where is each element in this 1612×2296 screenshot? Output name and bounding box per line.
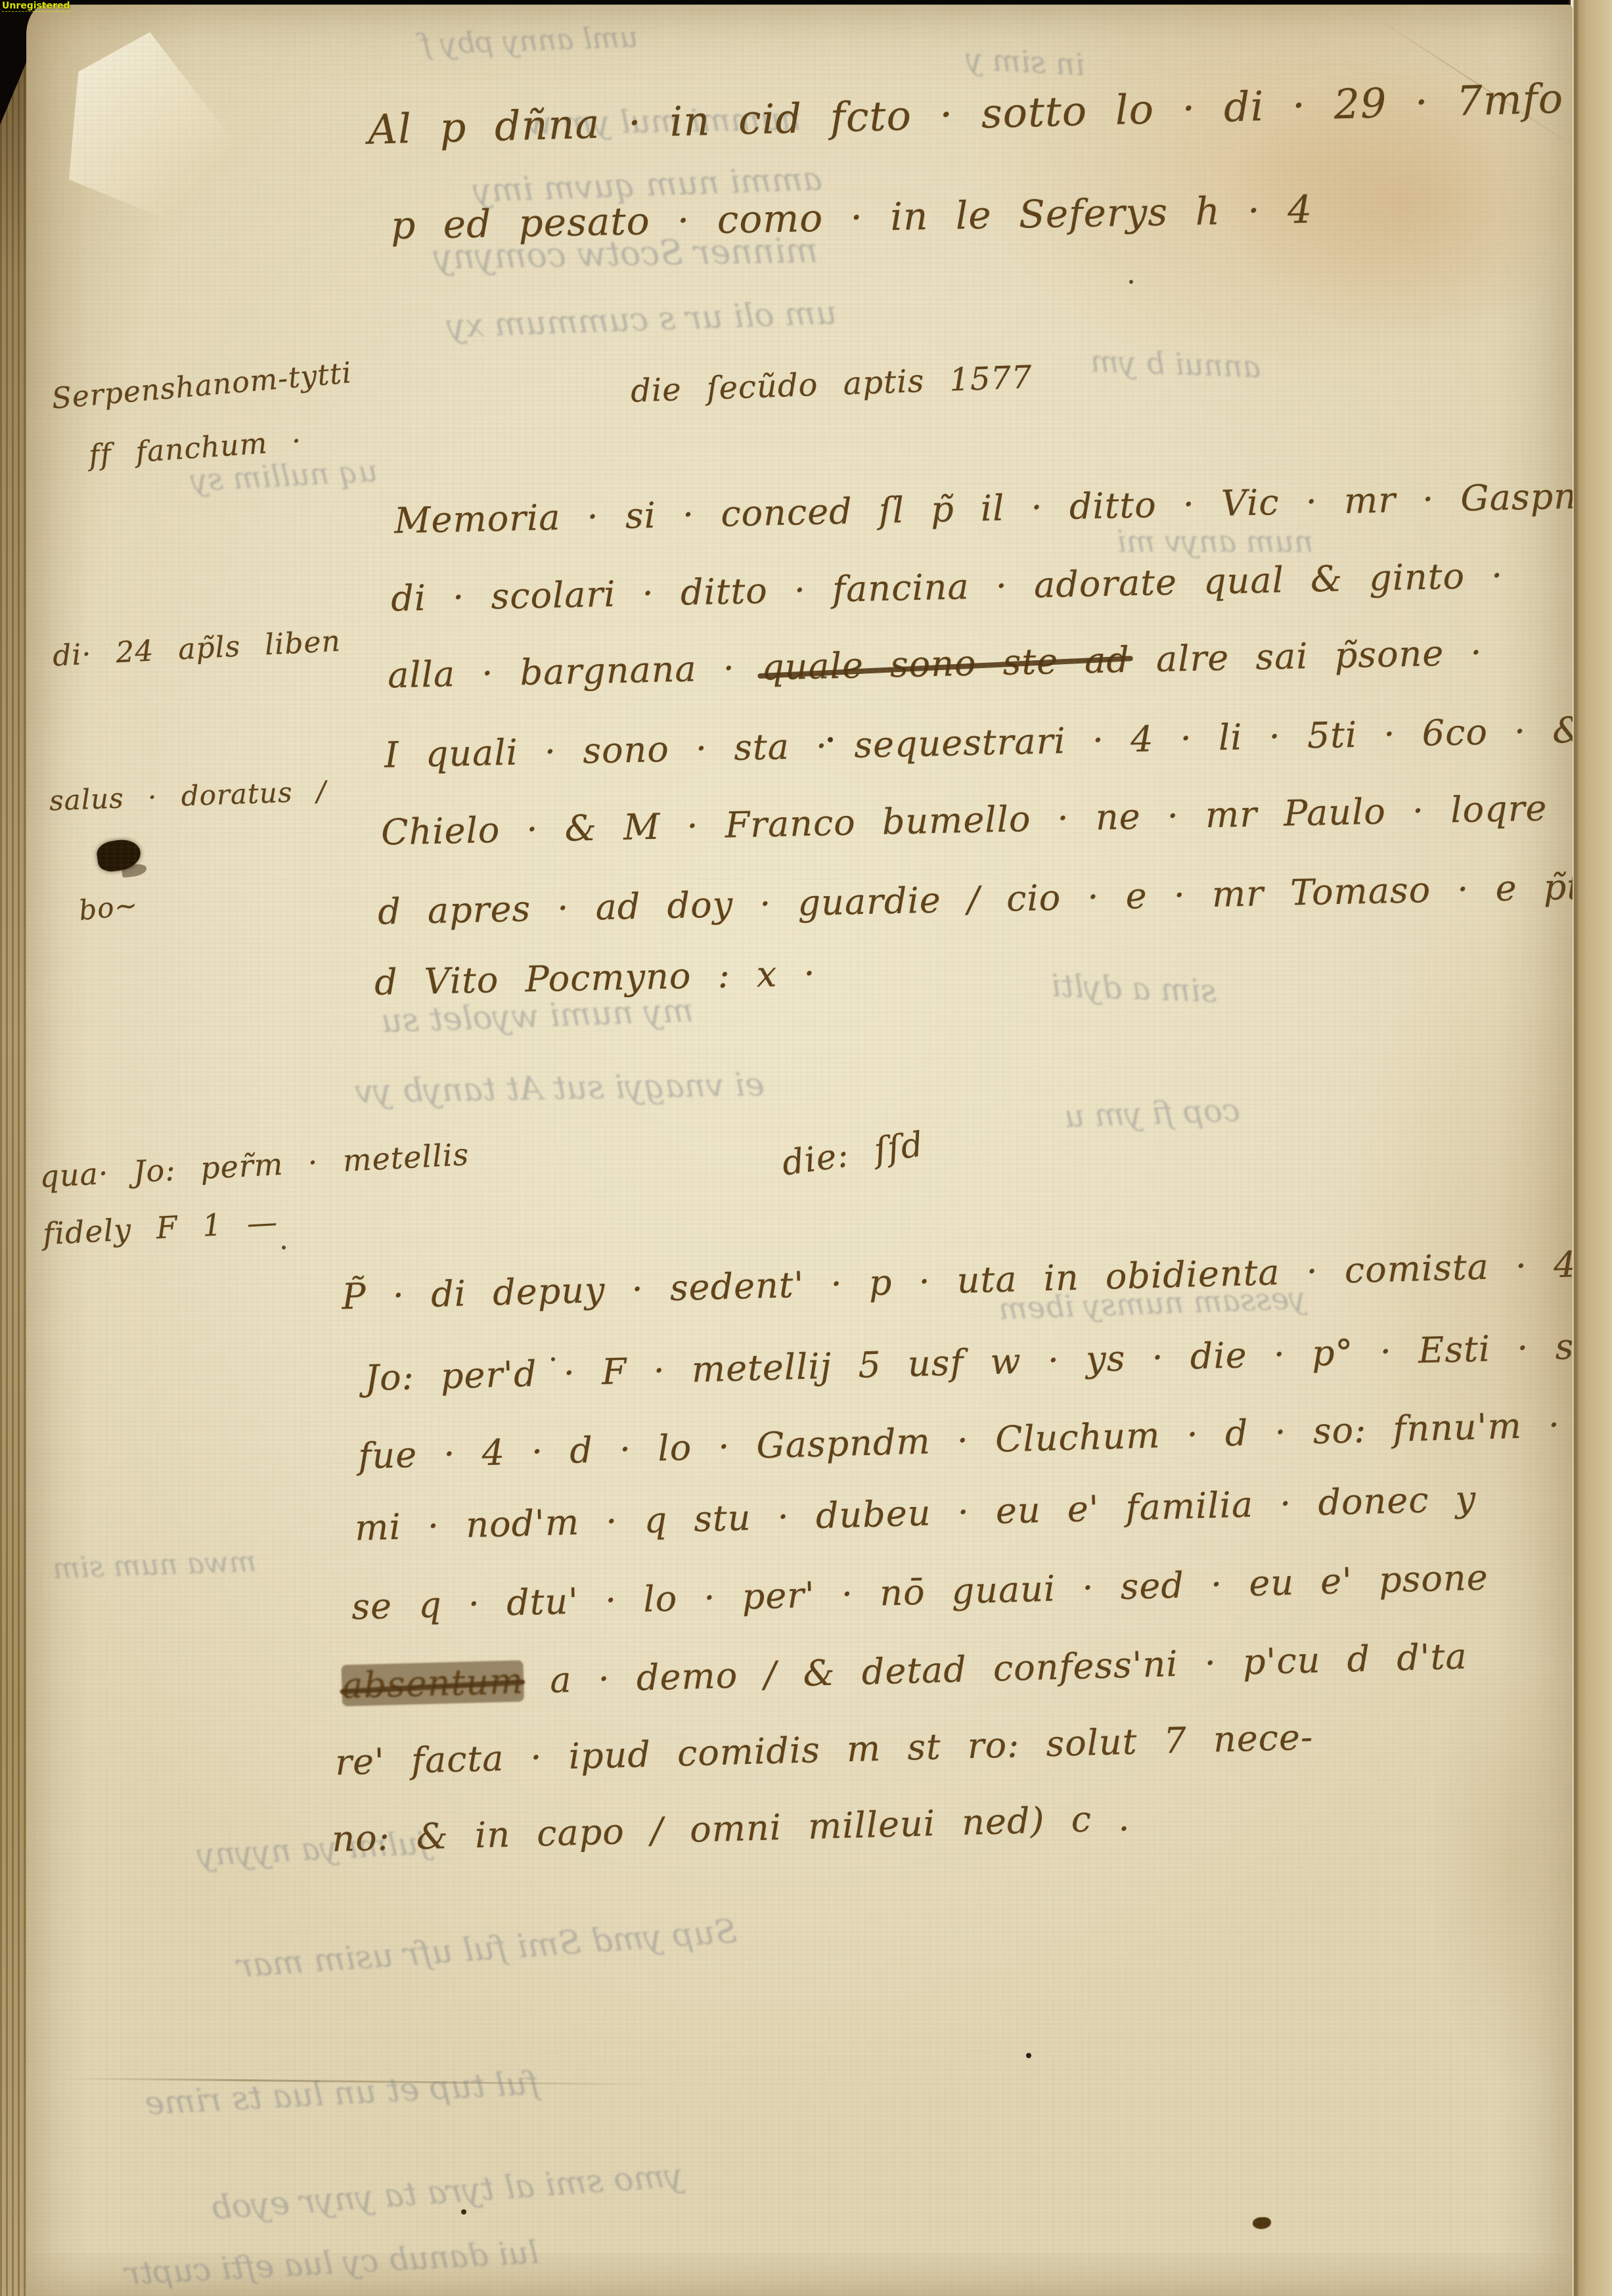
entry2-line: P̃ · di depuy · sedent' · p · uta in obi… (342, 1243, 1573, 1318)
entry1-line3-struck: quale sono ste ad (761, 639, 1130, 688)
ghost-line: lui danub cy lua efti cuptr (124, 2234, 539, 2293)
entry1-line3-pre: alla · bargnana · (388, 647, 762, 696)
entry2-line6-struck: absentum (341, 1660, 524, 1706)
ink-blot (95, 838, 143, 874)
manuscript-page: uml anny pby f in sim y nummi mul ym w a… (26, 5, 1573, 2296)
margin-note: qua· Jo: per̃m · metellis (39, 1137, 470, 1194)
dateline-entry-1: die ſecũdo aptis 1577 (630, 359, 1033, 409)
ghost-line: uml anny pby f (420, 20, 638, 62)
ghost-line: cop fi ym u (1063, 1092, 1241, 1135)
margin-note: di· 24 ap̃ls liben (52, 625, 342, 673)
entry2-line: no: & in capo / omni milleui ned) c . (331, 1797, 1131, 1860)
entry2-line: re' facta · ipud comidis m st ro: solut … (334, 1717, 1313, 1784)
margin-scribble: bo~ (78, 888, 140, 926)
ghost-line: in sim y (965, 41, 1086, 82)
entry2-line: absentum a · demo / & detad confess'ni ·… (341, 1636, 1467, 1707)
entry2-line: Jo: per'd · F · metellij 5 usf w · ys · … (365, 1319, 1573, 1399)
manuscript-scan: uml anny pby f in sim y nummi mul ym w a… (0, 0, 1612, 2296)
ghost-line: Sup ymd Smi ful ufr usim mar (236, 1912, 738, 1985)
page-fold-topleft (64, 30, 236, 221)
paper-stain (1425, 1634, 1573, 2094)
margin-note: salus · doratus / (49, 775, 326, 817)
ghost-line: ei vnagyi sut At tanyb yv (355, 1066, 765, 1111)
entry1-line3-post: alre sai p̃sone · (1129, 632, 1483, 681)
ghost-line: sim a dylti (1050, 968, 1217, 1010)
ink-spot (1253, 2217, 1271, 2229)
entry1-line: I quali · sono · sta · sequestrari · 4 ·… (384, 707, 1573, 776)
ghost-line: num anyv mi (1117, 524, 1313, 559)
entry2-line: se q · dtu' · lo · per' · nō guaui · sed… (351, 1556, 1489, 1627)
entry1-line: Chielo · & M · Franco bumello · ne · mr … (381, 787, 1548, 853)
ghost-line: ful tup et un lua ts rime (144, 2063, 540, 2122)
margin-note: fidely F 1 — (42, 1204, 279, 1252)
entry1-line: Memoria · si · conced ſl p̃ il · ditto ·… (394, 475, 1573, 541)
entry2-line: fue · 4 · d · lo · Gaspndm · Cluchum · d… (358, 1399, 1573, 1477)
entry2-line6-post: a · demo / & detad confess'ni · p'cu d d… (523, 1636, 1467, 1702)
margin-note: Serpenshanom-tytti (51, 356, 353, 416)
unregistered-watermark: Unregistered (2, 1, 70, 12)
ghost-line: annui b ym (1090, 343, 1261, 384)
entry1-line: di · scolari · ditto · fancina · adorate… (391, 554, 1504, 619)
entry2-line: mi · nod'm · q stu · dubeu · eu e' famil… (354, 1478, 1476, 1549)
dateline-entry-2: die: ſſd (780, 1125, 926, 1184)
ghost-line: ymo smi al tyra ta ynyr eyob (210, 2156, 684, 2227)
ghost-line: mwa num sim (52, 1545, 257, 1586)
entry1-line: d apres · ad doy · guardie / cio · e · m… (378, 865, 1573, 932)
entry1-line: alla · bargnana · quale sono ste ad alre… (388, 632, 1483, 696)
page-stack-edge (1569, 0, 1612, 2296)
ghost-line: um oli ur s cummum xy (446, 294, 838, 346)
entry1-line: d Vito Pocmyno : x · (374, 953, 816, 1003)
